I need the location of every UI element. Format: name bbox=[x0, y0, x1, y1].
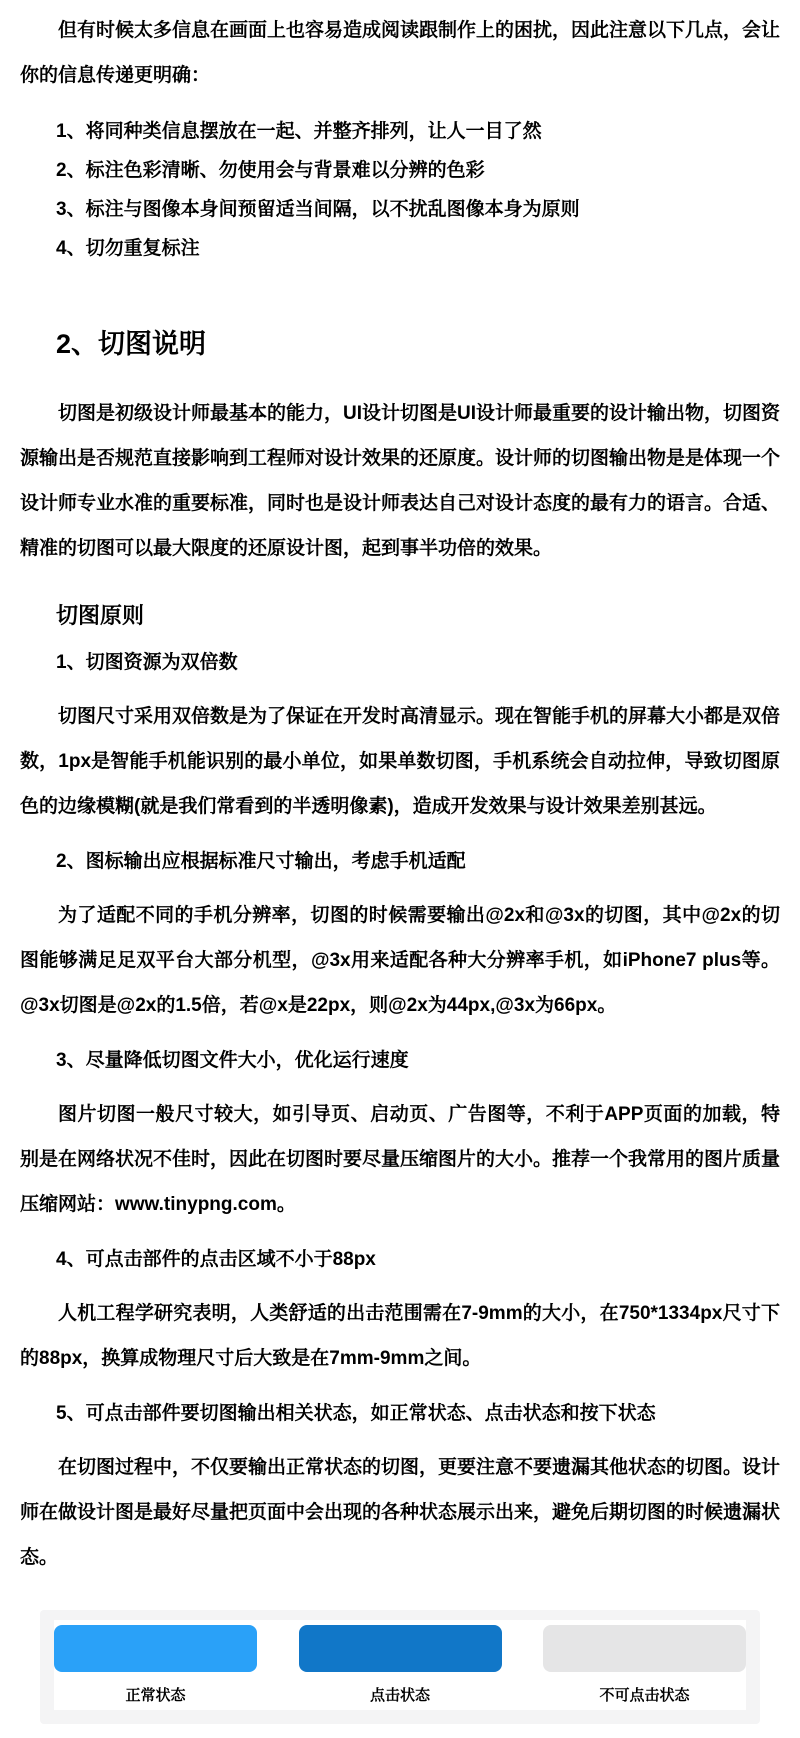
annotation-tips-list: 1、将同种类信息摆放在一起、并整齐排列，让人一目了然 2、标注色彩清晰、勿使用会… bbox=[56, 112, 780, 268]
document-page: 但有时候太多信息在画面上也容易造成阅读跟制作上的困扰，因此注意以下几点，会让你的… bbox=[0, 0, 800, 1738]
disabled-state-label: 不可点击状态 bbox=[543, 1684, 746, 1705]
principle-body: 图片切图一般尺寸较大，如引导页、启动页、广告图等，不利于APP页面的加载，特别是… bbox=[20, 1092, 780, 1227]
button-states-inner: 正常状态 点击状态 不可点击状态 bbox=[54, 1620, 746, 1710]
principle-body: 切图尺寸采用双倍数是为了保证在开发时高清显示。现在智能手机的屏幕大小都是双倍数，… bbox=[20, 694, 780, 829]
list-item: 4、切勿重复标注 bbox=[56, 229, 780, 268]
principle-heading: 1、切图资源为双倍数 bbox=[56, 648, 780, 678]
principles-title: 切图原则 bbox=[56, 599, 780, 630]
button-states-labels: 正常状态 点击状态 不可点击状态 bbox=[54, 1684, 746, 1705]
disabled-state-button-swatch bbox=[543, 1625, 746, 1672]
button-states-row bbox=[54, 1625, 746, 1672]
clicked-state-label: 点击状态 bbox=[299, 1684, 502, 1705]
section-intro-paragraph: 切图是初级设计师最基本的能力，UI设计切图是UI设计师最重要的设计输出物，切图资… bbox=[20, 391, 780, 571]
principle-1: 1、切图资源为双倍数 切图尺寸采用双倍数是为了保证在开发时高清显示。现在智能手机… bbox=[20, 648, 780, 829]
normal-state-label: 正常状态 bbox=[54, 1684, 257, 1705]
principle-2: 2、图标输出应根据标准尺寸输出，考虑手机适配 为了适配不同的手机分辨率，切图的时… bbox=[20, 847, 780, 1028]
principle-3: 3、尽量降低切图文件大小，优化运行速度 图片切图一般尺寸较大，如引导页、启动页、… bbox=[20, 1046, 780, 1227]
principle-heading: 3、尽量降低切图文件大小，优化运行速度 bbox=[56, 1046, 780, 1076]
principle-heading: 5、可点击部件要切图输出相关状态，如正常状态、点击状态和按下状态 bbox=[56, 1399, 780, 1429]
section-title: 2、切图说明 bbox=[56, 322, 780, 361]
principle-body: 在切图过程中，不仅要输出正常状态的切图，更要注意不要遗漏其他状态的切图。设计师在… bbox=[20, 1445, 780, 1580]
principle-body: 为了适配不同的手机分辨率，切图的时候需要输出@2x和@3x的切图，其中@2x的切… bbox=[20, 893, 780, 1028]
clicked-state-button-swatch bbox=[299, 1625, 502, 1672]
list-item: 1、将同种类信息摆放在一起、并整齐排列，让人一目了然 bbox=[56, 112, 780, 151]
list-item: 3、标注与图像本身间预留适当间隔，以不扰乱图像本身为原则 bbox=[56, 190, 780, 229]
principle-body: 人机工程学研究表明，人类舒适的出击范围需在7-9mm的大小，在750*1334p… bbox=[20, 1291, 780, 1381]
intro-paragraph: 但有时候太多信息在画面上也容易造成阅读跟制作上的困扰，因此注意以下几点，会让你的… bbox=[20, 8, 780, 98]
principle-heading: 2、图标输出应根据标准尺寸输出，考虑手机适配 bbox=[56, 847, 780, 877]
principle-4: 4、可点击部件的点击区域不小于88px 人机工程学研究表明，人类舒适的出击范围需… bbox=[20, 1245, 780, 1381]
normal-state-button-swatch bbox=[54, 1625, 257, 1672]
list-item: 2、标注色彩清晰、勿使用会与背景难以分辨的色彩 bbox=[56, 151, 780, 190]
principle-5: 5、可点击部件要切图输出相关状态，如正常状态、点击状态和按下状态 在切图过程中，… bbox=[20, 1399, 780, 1580]
button-states-panel: 正常状态 点击状态 不可点击状态 bbox=[40, 1610, 760, 1724]
principle-heading: 4、可点击部件的点击区域不小于88px bbox=[56, 1245, 780, 1275]
